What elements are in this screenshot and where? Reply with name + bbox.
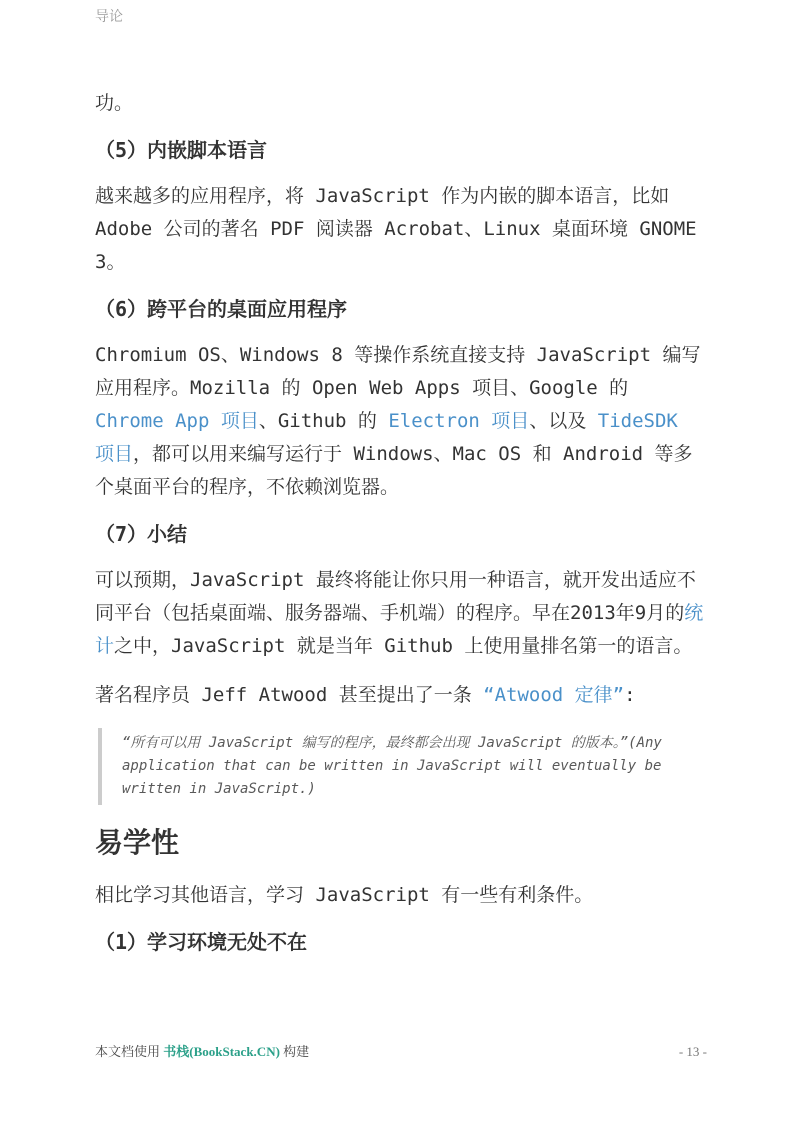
section-heading-6: （6）跨平台的桌面应用程序 (95, 295, 705, 323)
paragraph-summary: 可以预期，JavaScript 最终将能让你只用一种语言，就开发出适应不同平台（… (95, 564, 705, 663)
page-content: 功。 （5）内嵌脚本语言 越来越多的应用程序，将 JavaScript 作为内嵌… (95, 87, 705, 956)
text-segment: 著名程序员 Jeff Atwood 甚至提出了一条 (95, 684, 483, 706)
paragraph-learnability: 相比学习其他语言，学习 JavaScript 有一些有利条件。 (95, 879, 705, 912)
text-segment: Chromium OS、Windows 8 等操作系统直接支持 JavaScri… (95, 344, 701, 399)
breadcrumb: 导论 (95, 8, 705, 27)
paragraph-lead-fragment: 功。 (95, 87, 705, 120)
text-segment: 之中，JavaScript 就是当年 Github 上使用量排名第一的语言。 (114, 635, 692, 657)
chrome-app-project-link[interactable]: Chrome App 项目 (95, 410, 259, 432)
paragraph-cross-platform: Chromium OS、Windows 8 等操作系统直接支持 JavaScri… (95, 339, 705, 504)
footer-prefix: 本文档使用 (95, 1044, 163, 1059)
document-page: 导论 功。 （5）内嵌脚本语言 越来越多的应用程序，将 JavaScript 作… (0, 0, 800, 1130)
section-heading-5: （5）内嵌脚本语言 (95, 136, 705, 164)
text-segment: 可以预期，JavaScript 最终将能让你只用一种语言，就开发出适应不同平台（… (95, 569, 696, 624)
text-segment: ，都可以用来编写运行于 Windows、Mac OS 和 Android 等多个… (95, 443, 693, 498)
footer-build-note: 本文档使用 书栈(BookStack.CN) 构建 (95, 1043, 309, 1060)
text-segment: 、以及 (529, 410, 597, 432)
atwood-law-quote: “所有可以用 JavaScript 编写的程序，最终都会出现 JavaScrip… (98, 728, 705, 805)
text-segment: 、Github 的 (259, 410, 389, 432)
footer-suffix: 构建 (280, 1044, 309, 1059)
page-footer: 本文档使用 书栈(BookStack.CN) 构建 - 13 - (95, 1043, 707, 1060)
bookstack-link[interactable]: 书栈(BookStack.CN) (163, 1044, 280, 1059)
paragraph-embedded-scripting: 越来越多的应用程序，将 JavaScript 作为内嵌的脚本语言，比如 Adob… (95, 180, 705, 279)
heading-learnability: 易学性 (95, 823, 705, 863)
text-segment: : (624, 684, 635, 706)
section-heading-1: （1）学习环境无处不在 (95, 928, 705, 956)
section-heading-7: （7）小结 (95, 520, 705, 548)
electron-project-link[interactable]: Electron 项目 (388, 410, 529, 432)
paragraph-atwood: 著名程序员 Jeff Atwood 甚至提出了一条 “Atwood 定律”: (95, 679, 705, 712)
atwood-law-link[interactable]: “Atwood 定律” (483, 684, 624, 706)
page-number: - 13 - (679, 1043, 707, 1060)
